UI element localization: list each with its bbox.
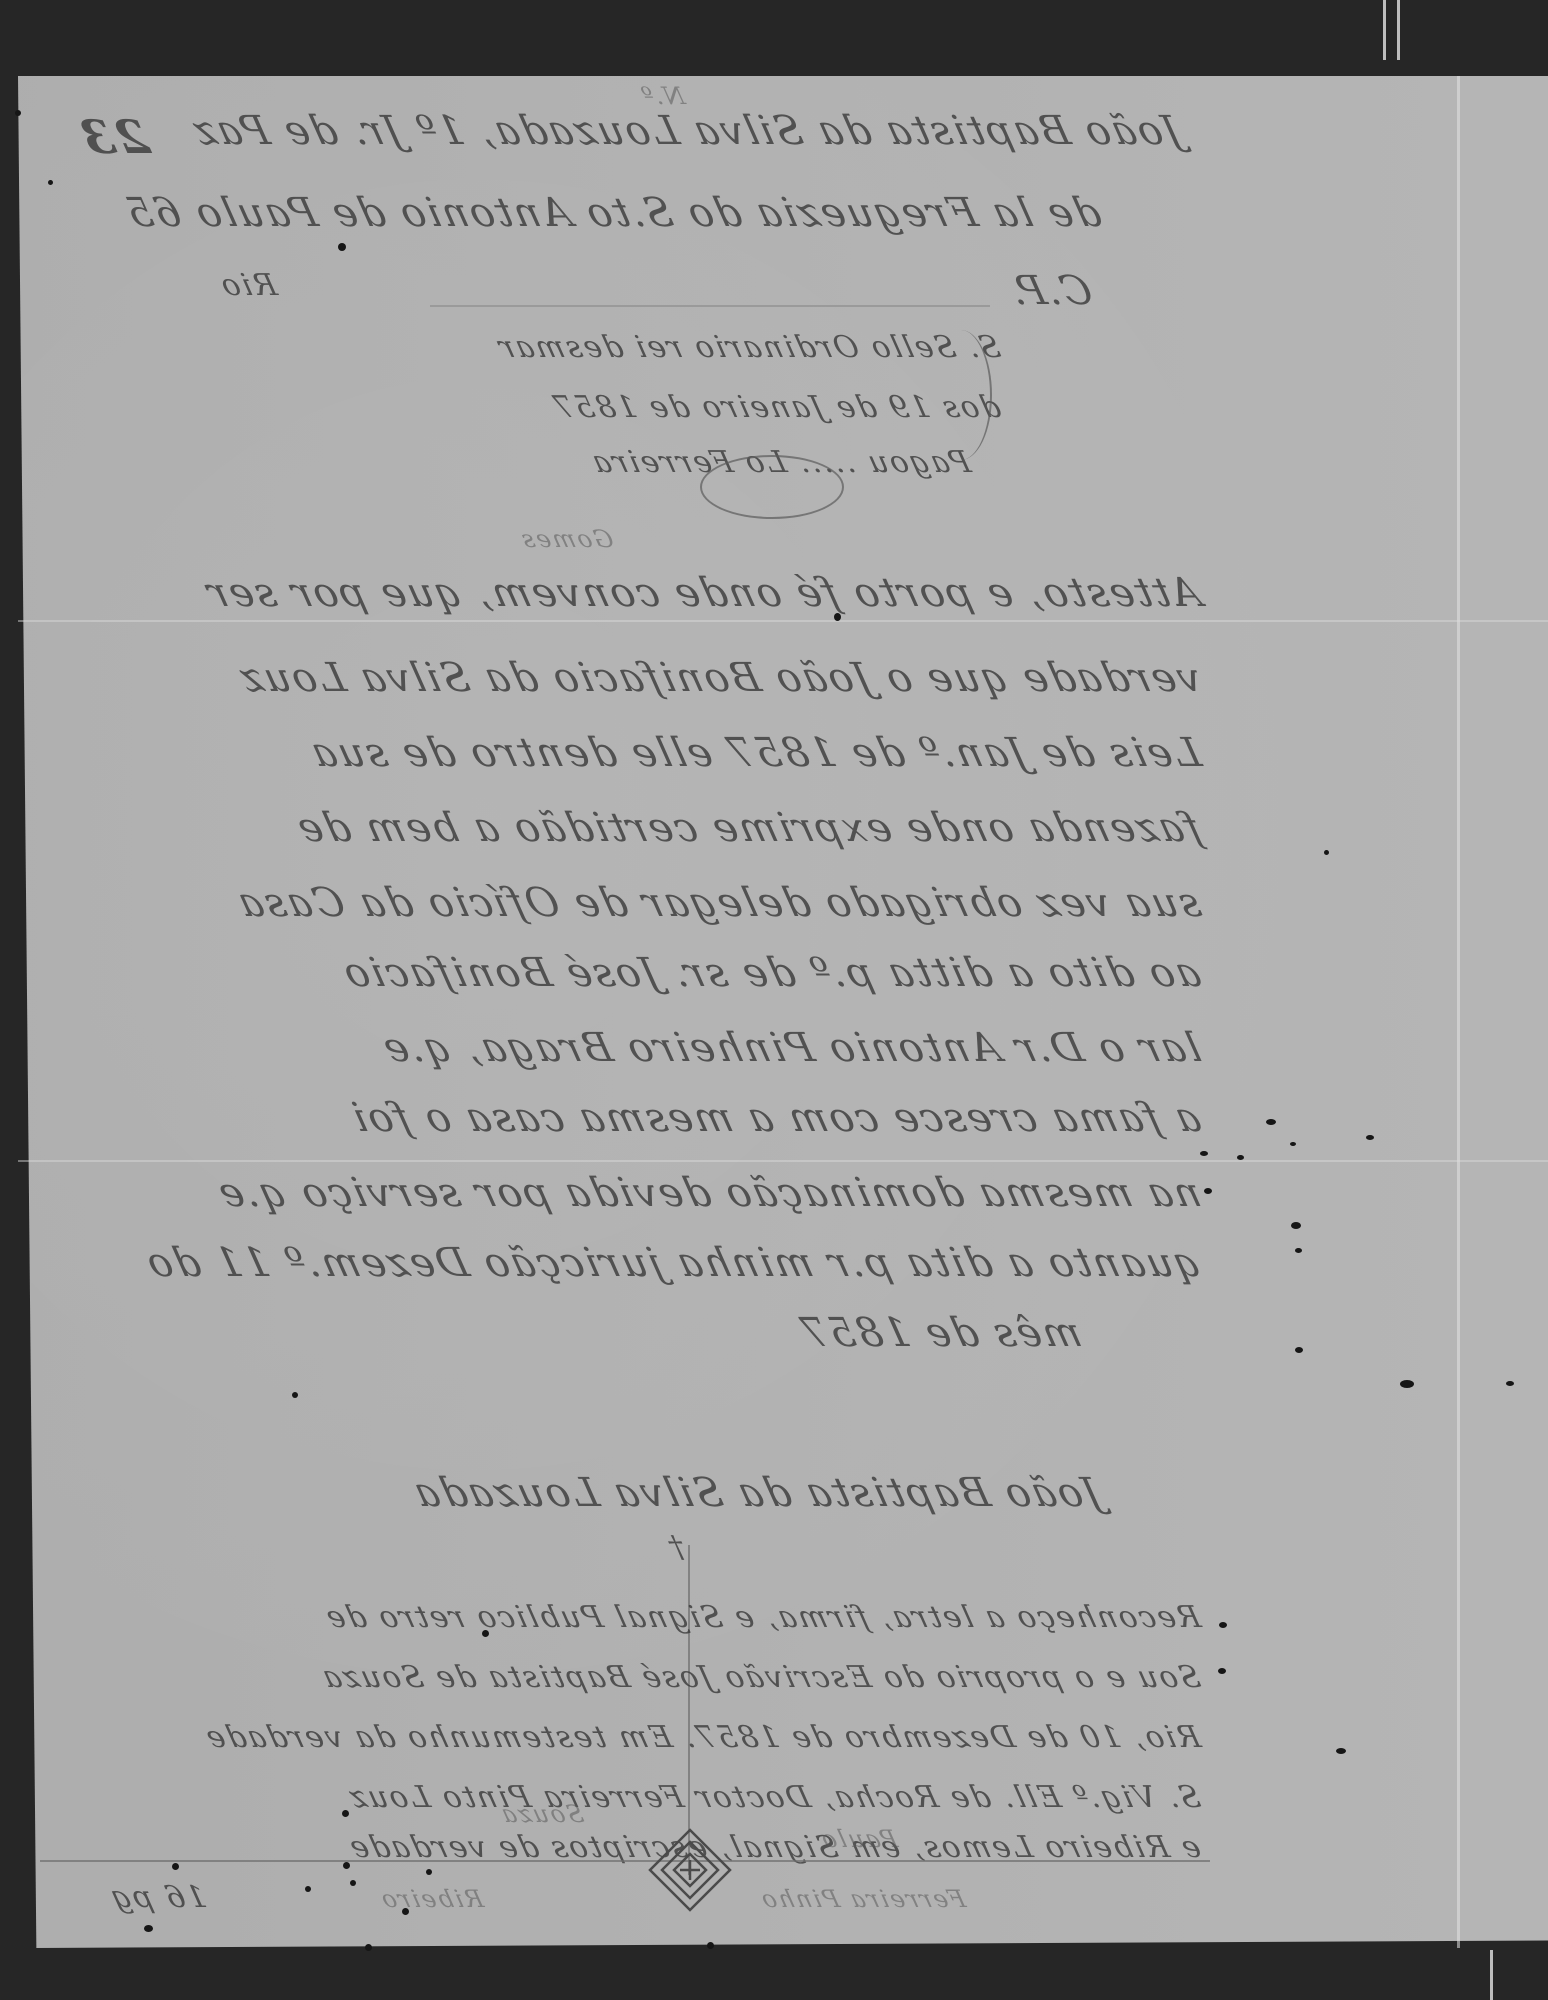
second-entry-line: S. Vig.º Ell. de Rocha, Doctor Ferreira … xyxy=(56,1780,1205,1815)
seal-line-4: Gomes xyxy=(517,525,617,553)
speck xyxy=(305,1886,311,1892)
speck xyxy=(1200,1151,1208,1156)
film-edge-mark xyxy=(1397,0,1400,60)
body-line: Attesto, e porto fé onde convem, que por… xyxy=(34,570,1205,616)
signature-mark: Ferreira Pinho xyxy=(757,1885,969,1913)
speck xyxy=(426,1869,432,1875)
body-line: mês de 1857 xyxy=(794,1310,1086,1356)
second-entry-heading: João Baptista da Silva Louzada xyxy=(94,1470,1105,1516)
fold-line-vertical xyxy=(1457,76,1460,1948)
speck xyxy=(48,180,53,185)
body-line: a fama cresce com a mesma casa o foi xyxy=(34,1095,1205,1141)
speck xyxy=(834,613,841,621)
speck xyxy=(1324,850,1329,855)
speck xyxy=(1237,1155,1244,1160)
cp-mark: C.P. xyxy=(1004,268,1097,314)
second-entry-line: Reconheço a letra, firma, e Signal Publi… xyxy=(56,1600,1205,1635)
signature-rule xyxy=(40,1860,1210,1862)
speck xyxy=(1290,1142,1296,1146)
speck xyxy=(343,1862,350,1869)
second-entry-line: Sou e o proprio do Escrivão José Baptist… xyxy=(56,1660,1205,1695)
film-edge-mark xyxy=(1383,0,1386,60)
speck xyxy=(402,1908,409,1915)
header-line-2: de la Freguezia do S.to Antonio de Paulo… xyxy=(84,190,1105,236)
speck xyxy=(172,1863,179,1870)
signature-mark: Souza xyxy=(497,1800,587,1828)
body-line: na mesma dominação devida por serviço q.… xyxy=(34,1170,1205,1216)
seal-line-1: S. Sello Ordinario rei desmar xyxy=(296,330,1005,365)
speck xyxy=(1218,1668,1226,1674)
signature-mark: Ribeiro xyxy=(377,1885,487,1913)
speck xyxy=(1295,1347,1303,1353)
body-line: ao dito a ditta p.º de sr. José Bonifaci… xyxy=(34,950,1205,996)
folio-mark: N.º xyxy=(637,82,688,110)
speck xyxy=(1295,1248,1302,1253)
speck xyxy=(338,243,346,251)
seal-flourish xyxy=(700,455,844,519)
body-line: Leis de Jan.º de 1857 elle dentro de sua xyxy=(34,730,1205,776)
margin-note: 16 pg xyxy=(106,1880,211,1915)
body-line: verdade que o João Bonifacio da Silva Lo… xyxy=(34,655,1205,701)
speck xyxy=(1400,1380,1414,1388)
body-line: sua vez obrigado delegar de Ofício da Ca… xyxy=(54,880,1205,926)
body-line: quanto a dita p.r minha juricção Dezem.º… xyxy=(34,1240,1205,1286)
speck xyxy=(1291,1222,1301,1229)
body-line: fazenda onde exprime certidão a bem de xyxy=(34,805,1205,851)
rio-mark: Rio xyxy=(216,268,281,303)
header-line-1: João Baptista da Silva Louzada, 1º Jr. d… xyxy=(144,108,1185,154)
seal-line-3: Pagou ..... Lo Ferreira xyxy=(366,445,975,480)
speck xyxy=(342,1810,349,1817)
speck xyxy=(1506,1381,1514,1386)
speck xyxy=(365,1944,372,1951)
speck xyxy=(1219,1622,1227,1628)
body-line: lar o D.r Antonio Pinheiro Braga, q.e xyxy=(34,1025,1205,1071)
speck xyxy=(15,110,21,116)
seal-flourish xyxy=(930,330,992,460)
crease-horizontal xyxy=(18,1160,1548,1162)
notary-diamond-icon xyxy=(645,1825,735,1915)
entry-number: 23 xyxy=(73,110,154,164)
speck xyxy=(1266,1119,1276,1125)
speck xyxy=(1204,1188,1212,1194)
speck xyxy=(707,1942,714,1949)
header-rule xyxy=(430,305,990,307)
speck xyxy=(144,1925,153,1932)
second-entry-line: Rio, 10 de Dezembro de 1857. Em testemun… xyxy=(56,1720,1205,1755)
speck xyxy=(292,1392,298,1398)
seal-line-2: dos 19 de Janeiro de 1857 xyxy=(436,390,1005,425)
crease-horizontal xyxy=(18,620,1548,622)
speck xyxy=(482,1630,489,1637)
speck xyxy=(350,1880,356,1886)
signature-mark: Paulo xyxy=(817,1825,901,1853)
film-edge-mark xyxy=(1490,1950,1493,2000)
speck xyxy=(1366,1135,1374,1140)
speck xyxy=(1336,1748,1346,1754)
